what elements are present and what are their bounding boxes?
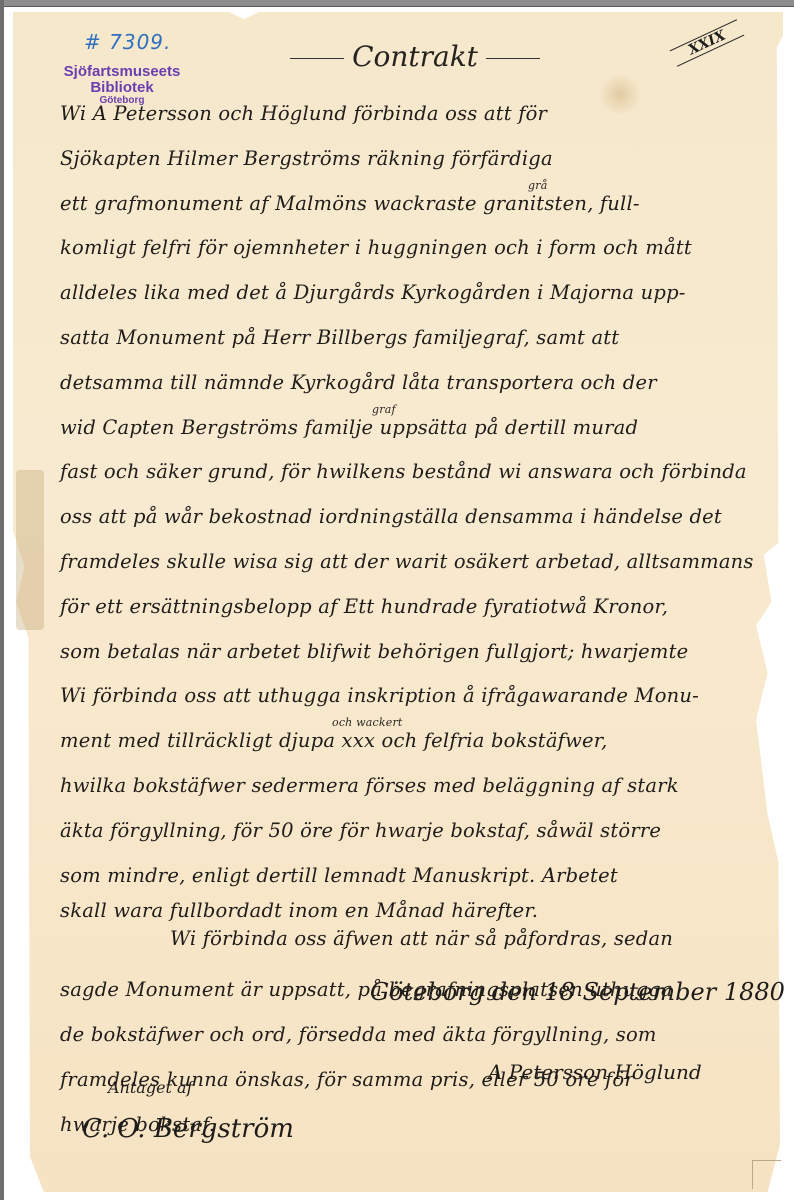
text-line: ment med tillräckligt djupa xxx och felf… <box>60 719 770 764</box>
contractor-signature: A Petersson Höglund <box>488 1060 702 1084</box>
interlinear-insertion: graf <box>372 388 396 433</box>
text-line: Sjökapten Hilmer Bergströms räkning förf… <box>60 137 770 182</box>
line-text: ett grafmonument af Malmöns wackraste gr… <box>60 192 640 215</box>
text-line: Wi A Petersson och Höglund förbinda oss … <box>60 92 770 137</box>
scan-frame-left <box>0 0 4 1200</box>
text-line: för ett ersättningsbelopp af Ett hundrad… <box>60 585 770 630</box>
text-line: framdeles skulle wisa sig att der warit … <box>60 540 770 585</box>
text-line: Wi förbinda oss äfwen att när så påfordr… <box>60 924 770 968</box>
text-line: de bokstäfwer och ord, försedda med äkta… <box>60 1013 770 1058</box>
text-line: detsamma till nämnde Kyrkogård låta tran… <box>60 361 770 406</box>
archive-number: # 7309. <box>84 30 171 54</box>
text-line: komligt felfri för ojemnheter i huggning… <box>60 226 770 271</box>
date-line: Göteborg den 18 September 1880 <box>370 978 785 1006</box>
text-line: wid Capten Bergströms familje uppsätta p… <box>60 406 770 451</box>
tape-stain <box>16 470 44 630</box>
text-line: fast och säker grund, för hwilkens bestå… <box>60 450 770 495</box>
text-line: alldeles lika med det å Djurgårds Kyrkog… <box>60 271 770 316</box>
title-text: Contrakt <box>352 40 478 73</box>
text-line: som mindre, enligt dertill lemnadt Manus… <box>60 854 770 899</box>
interlinear-insertion: och wackert <box>332 701 403 746</box>
client-signature: C. O. Bergström <box>82 1114 294 1144</box>
text-line: satta Monument på Herr Billbergs familje… <box>60 316 770 361</box>
accepted-by-label: Antaget af <box>108 1078 193 1097</box>
scan-frame-top <box>0 0 794 7</box>
text-line: ett grafmonument af Malmöns wackraste gr… <box>60 182 770 227</box>
stamp-line-1: Sjöfartsmuseets <box>52 64 192 80</box>
text-line: som betalas när arbetet blifwit behörige… <box>60 630 770 675</box>
interlinear-insertion: grå <box>528 164 547 209</box>
line-text: wid Capten Bergströms familje uppsätta p… <box>60 416 638 439</box>
text-line: Wi förbinda oss att uthugga inskription … <box>60 674 770 719</box>
text-line: äkta förgyllning, för 50 öre för hwarje … <box>60 809 770 854</box>
text-line: hwilka bokstäfwer sedermera förses med b… <box>60 764 770 809</box>
text-line: skall wara fullbordadt inom en Månad här… <box>60 898 770 924</box>
document-title: Contrakt <box>260 40 570 73</box>
text-line: oss att på wår bekostnad iordningställa … <box>60 495 770 540</box>
folded-corner <box>752 1160 781 1189</box>
